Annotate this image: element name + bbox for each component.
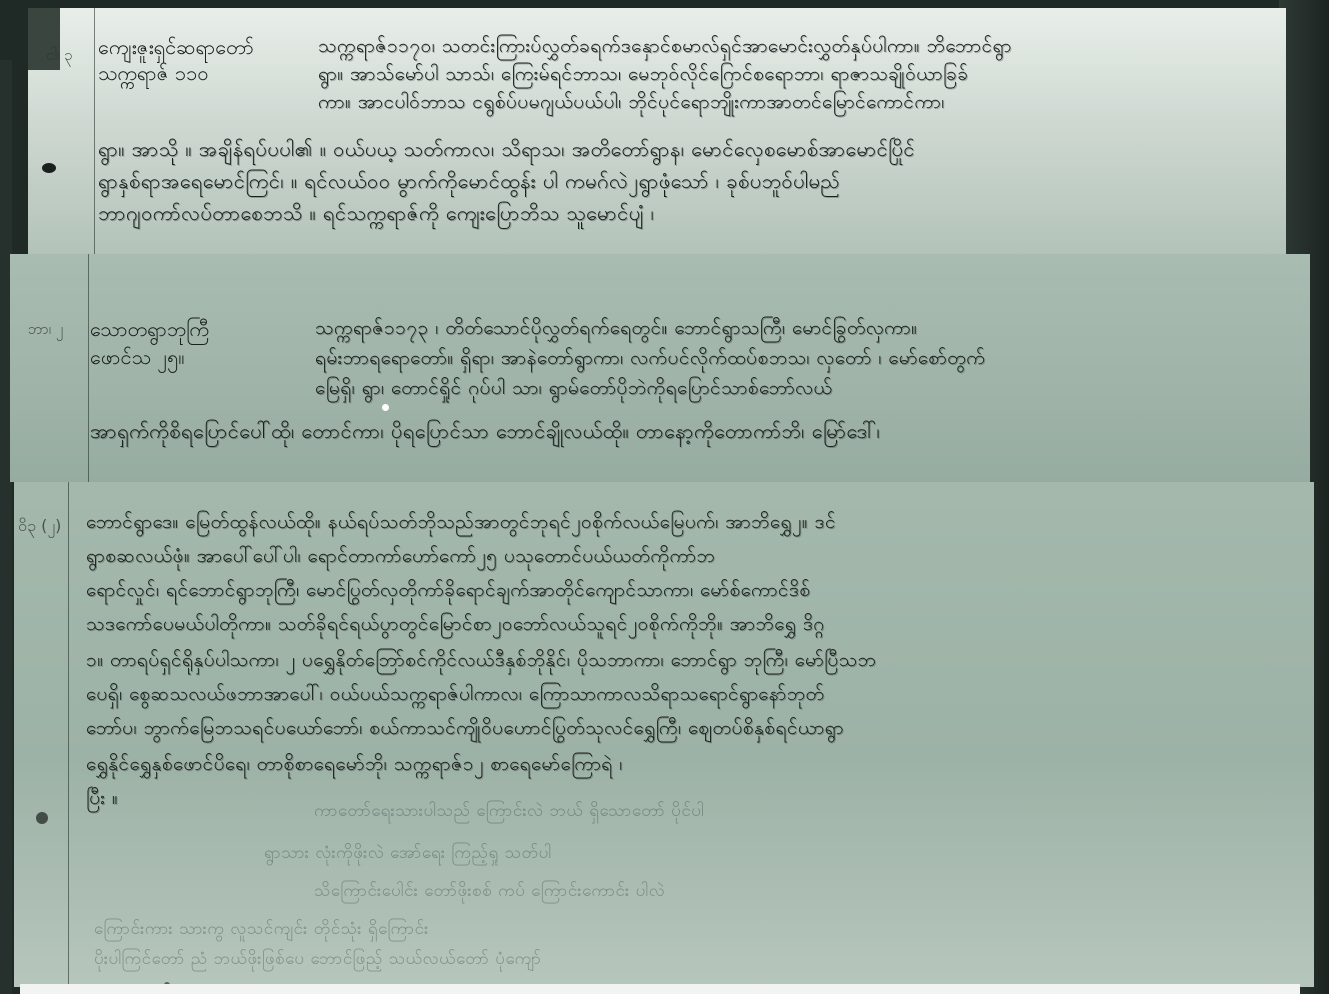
section-2-panel: ဘာ၊ ၂ သောတရွာဘုကြီ ဖောင်သ ၂၅။ သက္ကရာဇ်၁၁… [10, 254, 1310, 482]
body-line: သက္ကရာဇ်၁၁၇၃ ၊ တိတ်သောင်ပိုလွှတ်ရက်ရေတွင… [315, 316, 1295, 344]
body-line: သဒကော်ပေမယ်ပါတိုကာ။ သတ်ခိုရင်ရယ်ပွာတွင်မ… [86, 612, 1296, 640]
margin-note: ဝိ၃ (၂) [18, 508, 64, 544]
body-line: ရွာ။ အာသို ။ အချိန်ရပ်ပပါ၏ ။ ဝယ်ပယ့ သတ်က… [98, 136, 1278, 166]
body-line: ကာ။ အာငပါဝ်ဘာသ ငရွစ်ပ်ပမဂျယ်ပယ်ပါ၊ ဘိုင်… [318, 90, 1278, 118]
body-line: အာရှက်ကိုစိရပြောင်ပေါ်ထို၊ တောင်ကာ၊ ပိုရ… [90, 418, 1300, 448]
body-line: ရွာနှစ်ရာအရေမောင်ကြင်၊ ။ ရင်လယ်ဝဝ မွာက်က… [98, 168, 1278, 198]
margin-rule [88, 254, 89, 482]
body-line: မြေရှိ၊ ရွာ၊ တောင်ရှိုင် ဂုပ်ပါ သာ၊ ရွာမ… [315, 376, 1095, 404]
bleedthrough-line: ရွာသား လုံးကိုဖိုးလဲ အော်ရေး ကြည့်ရှု သတ… [264, 842, 1264, 867]
section-heading-line: ဖောင်သ ၂၅။ [90, 344, 184, 370]
section-heading-line: သက္ကရာဇ် ၁၁၀ [98, 60, 209, 86]
light-glare [382, 404, 389, 411]
body-line: ရွာ။ အာသ်မော်ပါ သာသ်၊ ကြေးမ်ရင်ဘာသ၊ မေဘု… [318, 62, 1278, 90]
body-line: ဘောင်ရွာဒေ။ မြေတ်ထွန်လယ်ထို။ နယ်ရပ်သတ်ဘိ… [86, 510, 1296, 538]
manuscript-page: ငါ၊ ၃ ကျေးဇူးရှင်ဆရာတော် သက္ကရာဇ် ၁၁၀ သက… [0, 0, 1329, 994]
section-heading-line: သောတရွာဘုကြီ [90, 316, 209, 342]
section-1-panel: ငါ၊ ၃ ကျေးဇူးရှင်ဆရာတော် သက္ကရာဇ် ၁၁၀ သက… [28, 8, 1286, 254]
bleedthrough-line: ကြောင်းကား သားကွ လူသင်ကျင်း တိုင်သုံး ရှ… [94, 918, 1294, 943]
margin-rule [68, 482, 69, 987]
body-line: သက္ကရာဇ်၁၁၇၀၊ သတင်းကြားပ်လွှတ်ခရက်ဒနှောင… [318, 34, 1278, 62]
ink-blot [42, 163, 56, 173]
ink-blot [36, 812, 48, 824]
bleedthrough-line: ပိုးပါကြင်တော် ညံ ဘယ်ဖိုးဖြစ်ပေ ဘောင်ဖြည… [94, 948, 1294, 973]
section-3-panel: ဝိ၃ (၂) ဘောင်ရွာဒေ။ မြေတ်ထွန်လယ်ထို။ နယ်… [14, 482, 1314, 987]
left-scan-edge [0, 60, 12, 994]
margin-note: ငါ၊ ၃ [46, 46, 90, 64]
body-line: ဘော်ပ၊ ဘွာက်မြေဘသရင်ပယော်ဘော်၊ စယ်ကာသင်က… [86, 716, 1296, 744]
bleedthrough-line: ကာတော်ရေးသားပါသည် ကြောင်းလဲ ဘယ် ရှိသောတေ… [314, 800, 1214, 825]
body-line: ပေရှိ၊ စွေဆသလယ်ဖဘာအာပေါ်၊ ဝယ်ပယ်သက္ကရာဇ်… [86, 682, 1296, 710]
section-heading-line: ကျေးဇူးရှင်ဆရာတော် [98, 34, 254, 60]
body-line: ဘာဂျဝကာ်လပ်တာစေဘသိ ။ ရင်သက္ကရာဇ်ကို ကျေး… [98, 200, 1098, 230]
body-line: ပြီး ။ [86, 786, 206, 814]
bleedthrough-line: သိကြောင်းပေါင်း တော်ဖိုးစစ် ကပ် ကြောင်းက… [314, 880, 1214, 905]
body-line: ရမ်းဘာရရောတော်။ ရှိရာ၊ အာနဲတော်ရွာကာ၊ လက… [315, 346, 1295, 374]
bottom-scan-edge [20, 984, 1300, 994]
margin-note: ဘာ၊ ၂ [28, 320, 86, 338]
body-line: ၁။ တာရပ်ရှင်ရိုနှပ်ပါသကာ၊ ၂ ပရွှေနိုတ်ဘြ… [86, 648, 1296, 676]
body-line: ရောင်လှုင်၊ ရင်ဘောင်ရွာဘုကြီ၊ မောင်ပြွတ်… [86, 578, 1296, 606]
body-line: ရွာစဆလယ်ဖုံ။ အာပေါ်ပေါ်ပါ၊ ရောင်တာကာ်ဟော… [86, 544, 1296, 572]
margin-rule [94, 8, 95, 254]
body-line: ရွှေနိုင်ရွှေနှစ်ဖောင်ပိရေ၊ တာစိုစာရေမော… [86, 752, 906, 780]
